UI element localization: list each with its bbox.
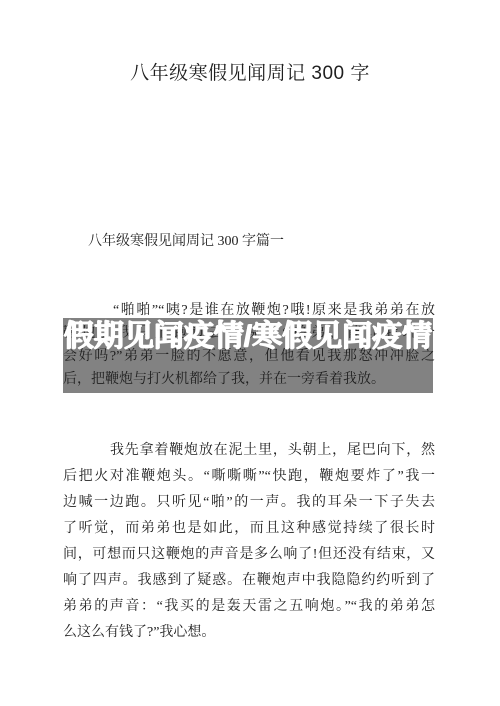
paragraph-line: 后把火对准鞭炮头。“嘶嘶嘶”“快跑，鞭炮要炸了”我一 <box>63 464 435 490</box>
document-title: 八年级寒假见闻周记 300 字 <box>0 58 500 85</box>
paragraph-line: “啪啪”“咦?是谁在放鞭炮?哦!原来是我弟弟在放 <box>63 299 435 322</box>
paragraph-line: 么这么有钱了?”我心想。 <box>63 620 435 646</box>
paragraph-line: 间，可想而只这鞭炮的声音是多么响了!但还没有结束，又 <box>63 542 435 568</box>
paragraph-line: 边喊一边跑。只听见“啪”的一声。我的耳朵一下子失去 <box>63 490 435 516</box>
paragraph-line: 我先拿着鞭炮放在泥土里，头朝上，尾巴向下，然 <box>63 438 435 464</box>
paragraph-2: 我先拿着鞭炮放在泥土里，头朝上，尾巴向下，然 后把火对准鞭炮头。“嘶嘶嘶”“快跑… <box>63 438 435 646</box>
paragraph-line: 响了四声。我感到了疑惑。在鞭炮声中我隐隐约约听到了 <box>63 568 435 594</box>
watermark-overlay-text: 假期见闻疫情/寒假见闻疫情 <box>63 320 433 353</box>
paragraph-line: 弟弟的声音：“我买的是轰天雷之五响炮。”“我的弟弟怎 <box>63 594 435 620</box>
document-page: 八年级寒假见闻周记 300 字 八年级寒假见闻周记 300 字篇一 “啪啪”“咦… <box>0 0 500 706</box>
paragraph-line: 后，把鞭炮与打火机都给了我，并在一旁看着我放。 <box>63 368 435 391</box>
paragraph-line: 了听觉，而弟弟也是如此，而且这种感觉持续了很长时 <box>63 516 435 542</box>
section-heading: 八年级寒假见闻周记 300 字篇一 <box>88 230 284 250</box>
